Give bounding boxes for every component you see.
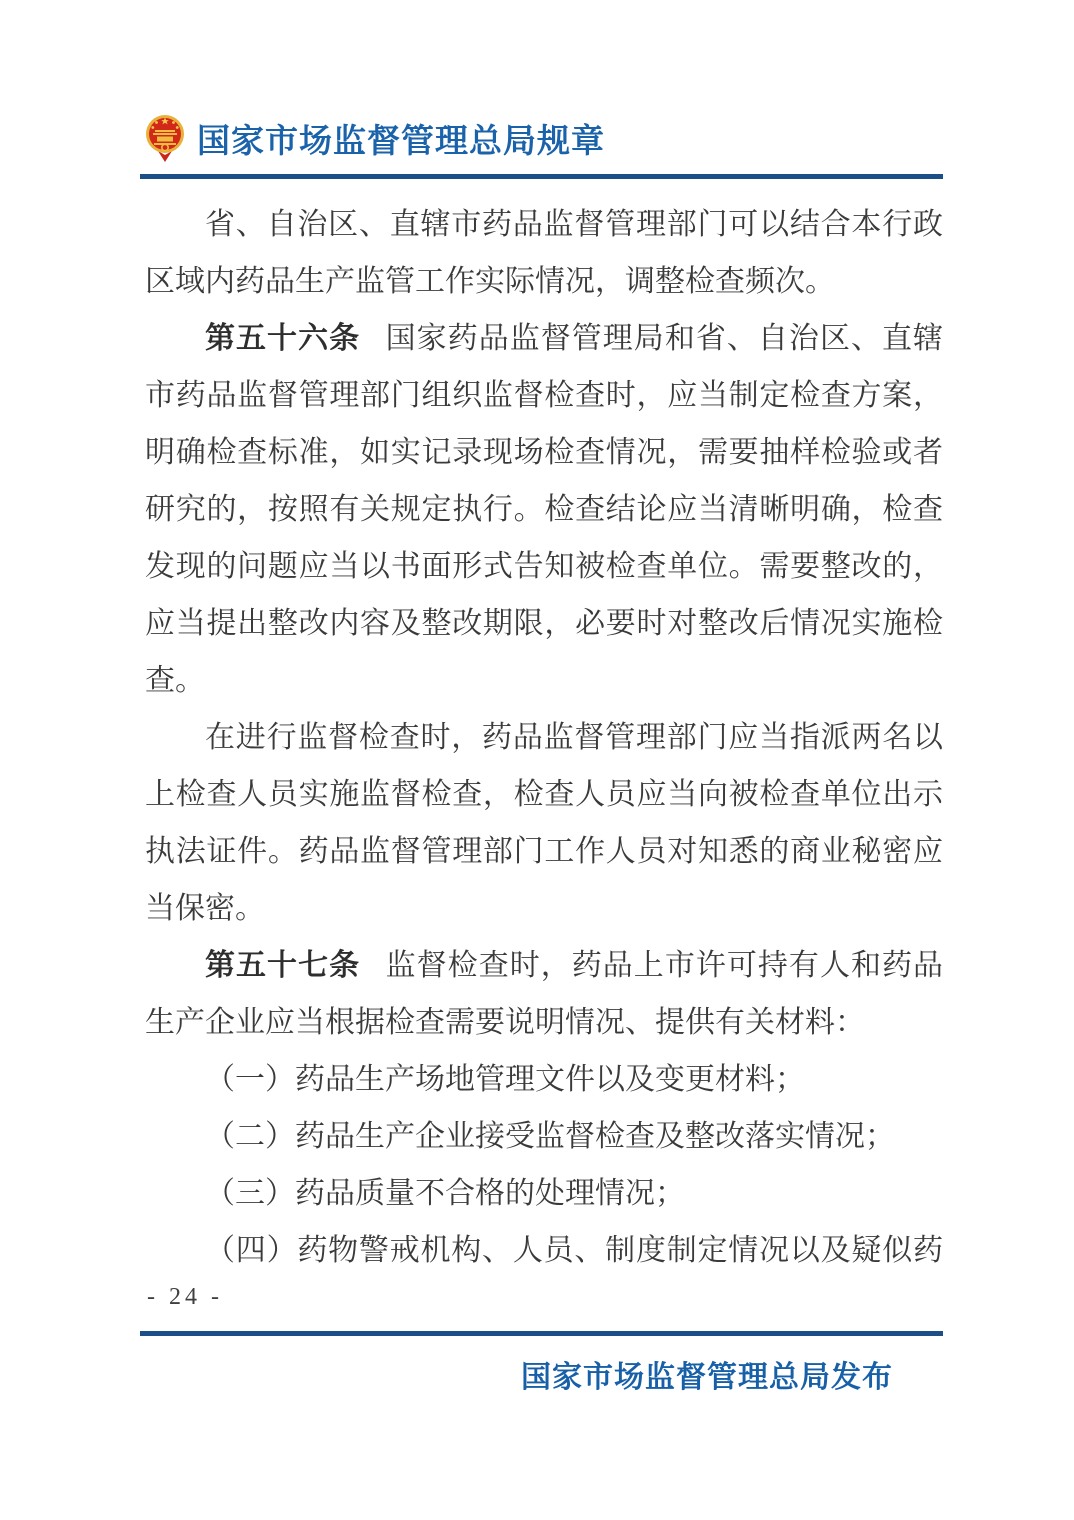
paragraph: （三）药品质量不合格的处理情况； [145, 1165, 943, 1222]
document-page: 国家市场监督管理总局规章 省、自治区、直辖市药品监督管理部门可以结合本行政区域内… [0, 0, 1074, 1520]
page-number: - 24 - [147, 1284, 223, 1311]
header-divider [140, 174, 943, 179]
paragraph: 省、自治区、直辖市药品监督管理部门可以结合本行政区域内药品生产监管工作实际情况，… [145, 196, 943, 310]
paragraph: 第五十七条监督检查时，药品上市许可持有人和药品生产企业应当根据检查需要说明情况、… [145, 937, 943, 1051]
publisher-line: 国家市场监督管理总局发布 [145, 1352, 893, 1396]
header-title: 国家市场监督管理总局规章 [197, 115, 605, 162]
article-number: 第五十六条 [205, 322, 360, 355]
document-body: 省、自治区、直辖市药品监督管理部门可以结合本行政区域内药品生产监管工作实际情况，… [145, 196, 943, 1282]
paragraph: （二）药品生产企业接受监督检查及整改落实情况； [145, 1108, 943, 1165]
paragraph: 第五十六条国家药品监督管理局和省、自治区、直辖市药品监督管理部门组织监督检查时，… [145, 310, 943, 709]
paragraph: （一）药品生产场地管理文件以及变更材料； [145, 1051, 943, 1108]
national-emblem-icon [143, 112, 187, 164]
paragraph: （四）药物警戒机构、人员、制度制定情况以及疑似药品不良反应监测、识别、评估、控制… [145, 1222, 943, 1282]
footer-divider [140, 1331, 943, 1336]
page-header: 国家市场监督管理总局规章 [143, 112, 605, 164]
article-number: 第五十七条 [205, 949, 360, 982]
paragraph: 在进行监督检查时，药品监督管理部门应当指派两名以上检查人员实施监督检查，检查人员… [145, 709, 943, 937]
